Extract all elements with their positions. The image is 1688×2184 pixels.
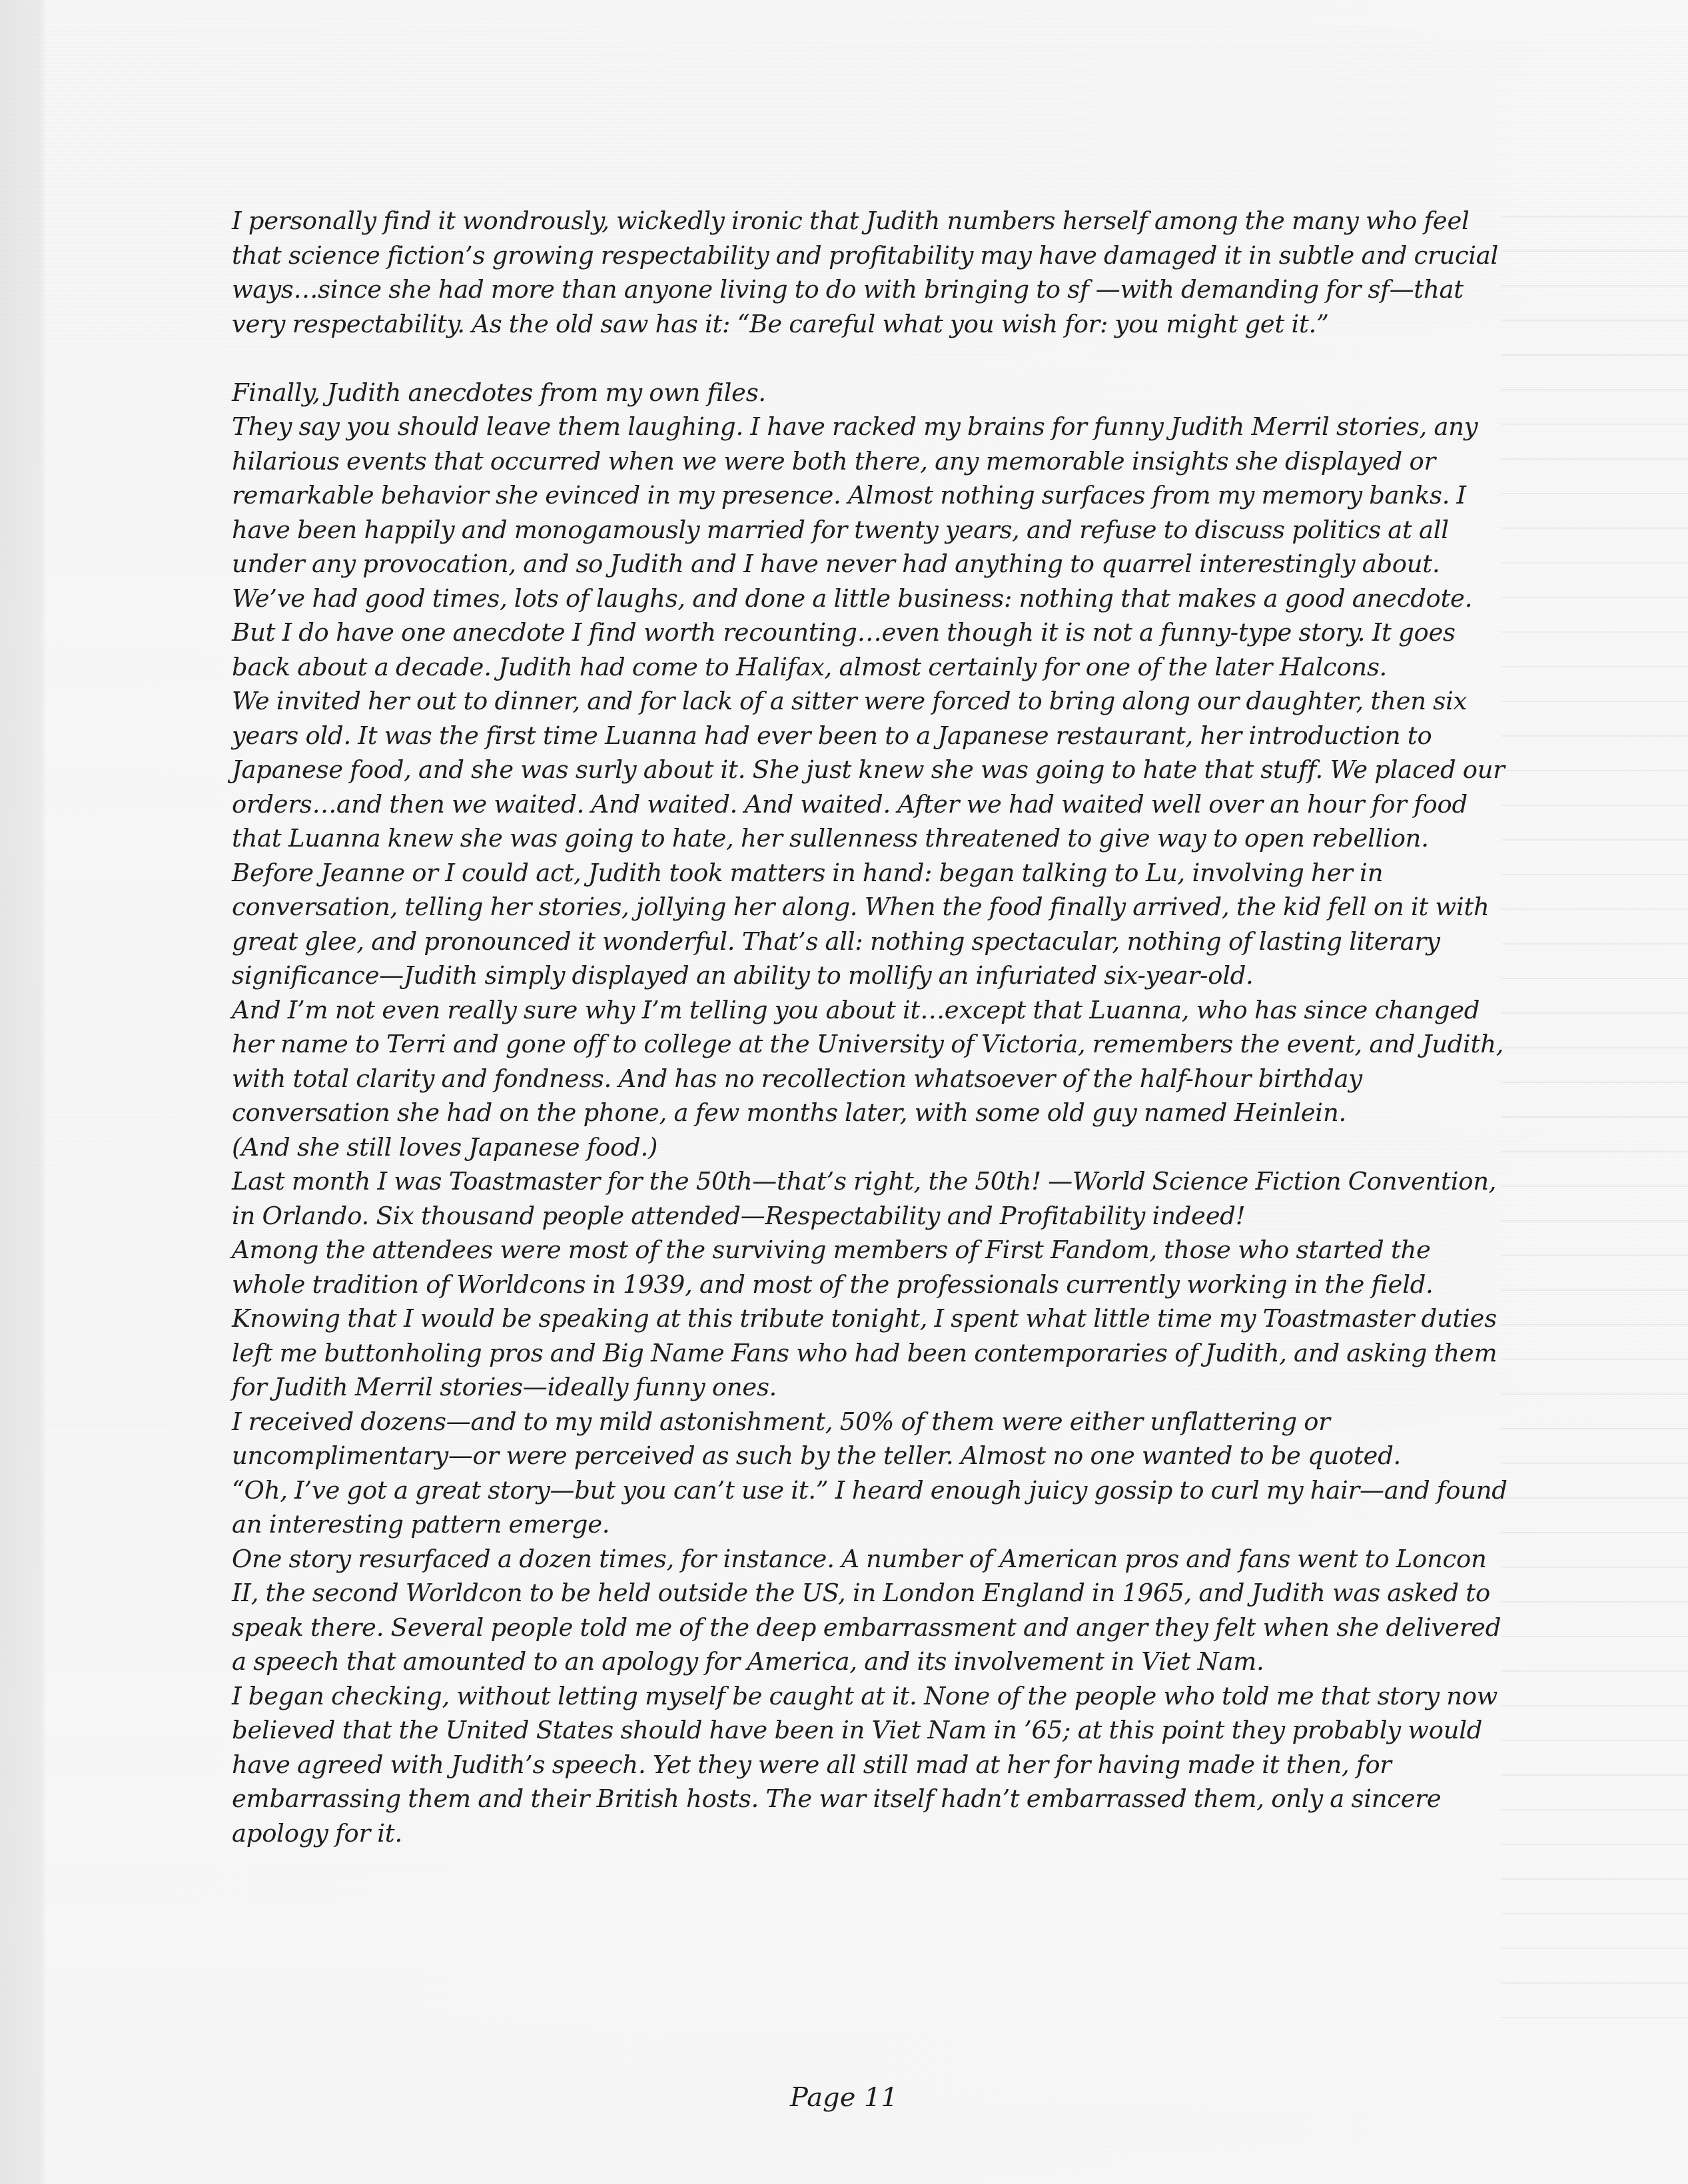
paragraph-great-story: “Oh, I’ve got a great story—but you can’… xyxy=(232,1473,1511,1542)
paragraph-japanese-food: (And she still loves Japanese food.) xyxy=(232,1130,1511,1165)
paragraph-buttonholing: Knowing that I would be speaking at this… xyxy=(232,1301,1511,1405)
paragraph-halifax: But I do have one anecdote I find worth … xyxy=(232,615,1511,684)
paragraph-loncon: One story resurfaced a dozen times, for … xyxy=(232,1542,1511,1679)
scanned-page: I personally find it wondrously, wickedl… xyxy=(0,0,1688,2184)
paragraph-luanna: And I’m not even really sure why I’m tel… xyxy=(232,993,1511,1130)
paragraph-leave-them-laughing: They say you should leave them laughing.… xyxy=(232,410,1511,581)
paragraph-irony: I personally find it wondrously, wickedl… xyxy=(232,204,1511,341)
paragraph-dozens: I received dozens—and to my mild astonis… xyxy=(232,1405,1511,1473)
article-body: I personally find it wondrously, wickedl… xyxy=(232,204,1511,1850)
paragraph-anecdotes-intro: Finally, Judith anecdotes from my own fi… xyxy=(232,376,1511,410)
paragraph-checking: I began checking, without letting myself… xyxy=(232,1679,1511,1851)
paragraph-japanese-restaurant: We invited her out to dinner, and for la… xyxy=(232,684,1511,993)
show-through-text xyxy=(1501,186,1688,2018)
paragraph-good-times: We’ve had good times, lots of laughs, an… xyxy=(232,581,1511,616)
paragraph-toastmaster: Last month I was Toastmaster for the 50t… xyxy=(232,1164,1511,1233)
paragraph-first-fandom: Among the attendees were most of the sur… xyxy=(232,1233,1511,1301)
page-number: Page 11 xyxy=(0,2082,1688,2113)
